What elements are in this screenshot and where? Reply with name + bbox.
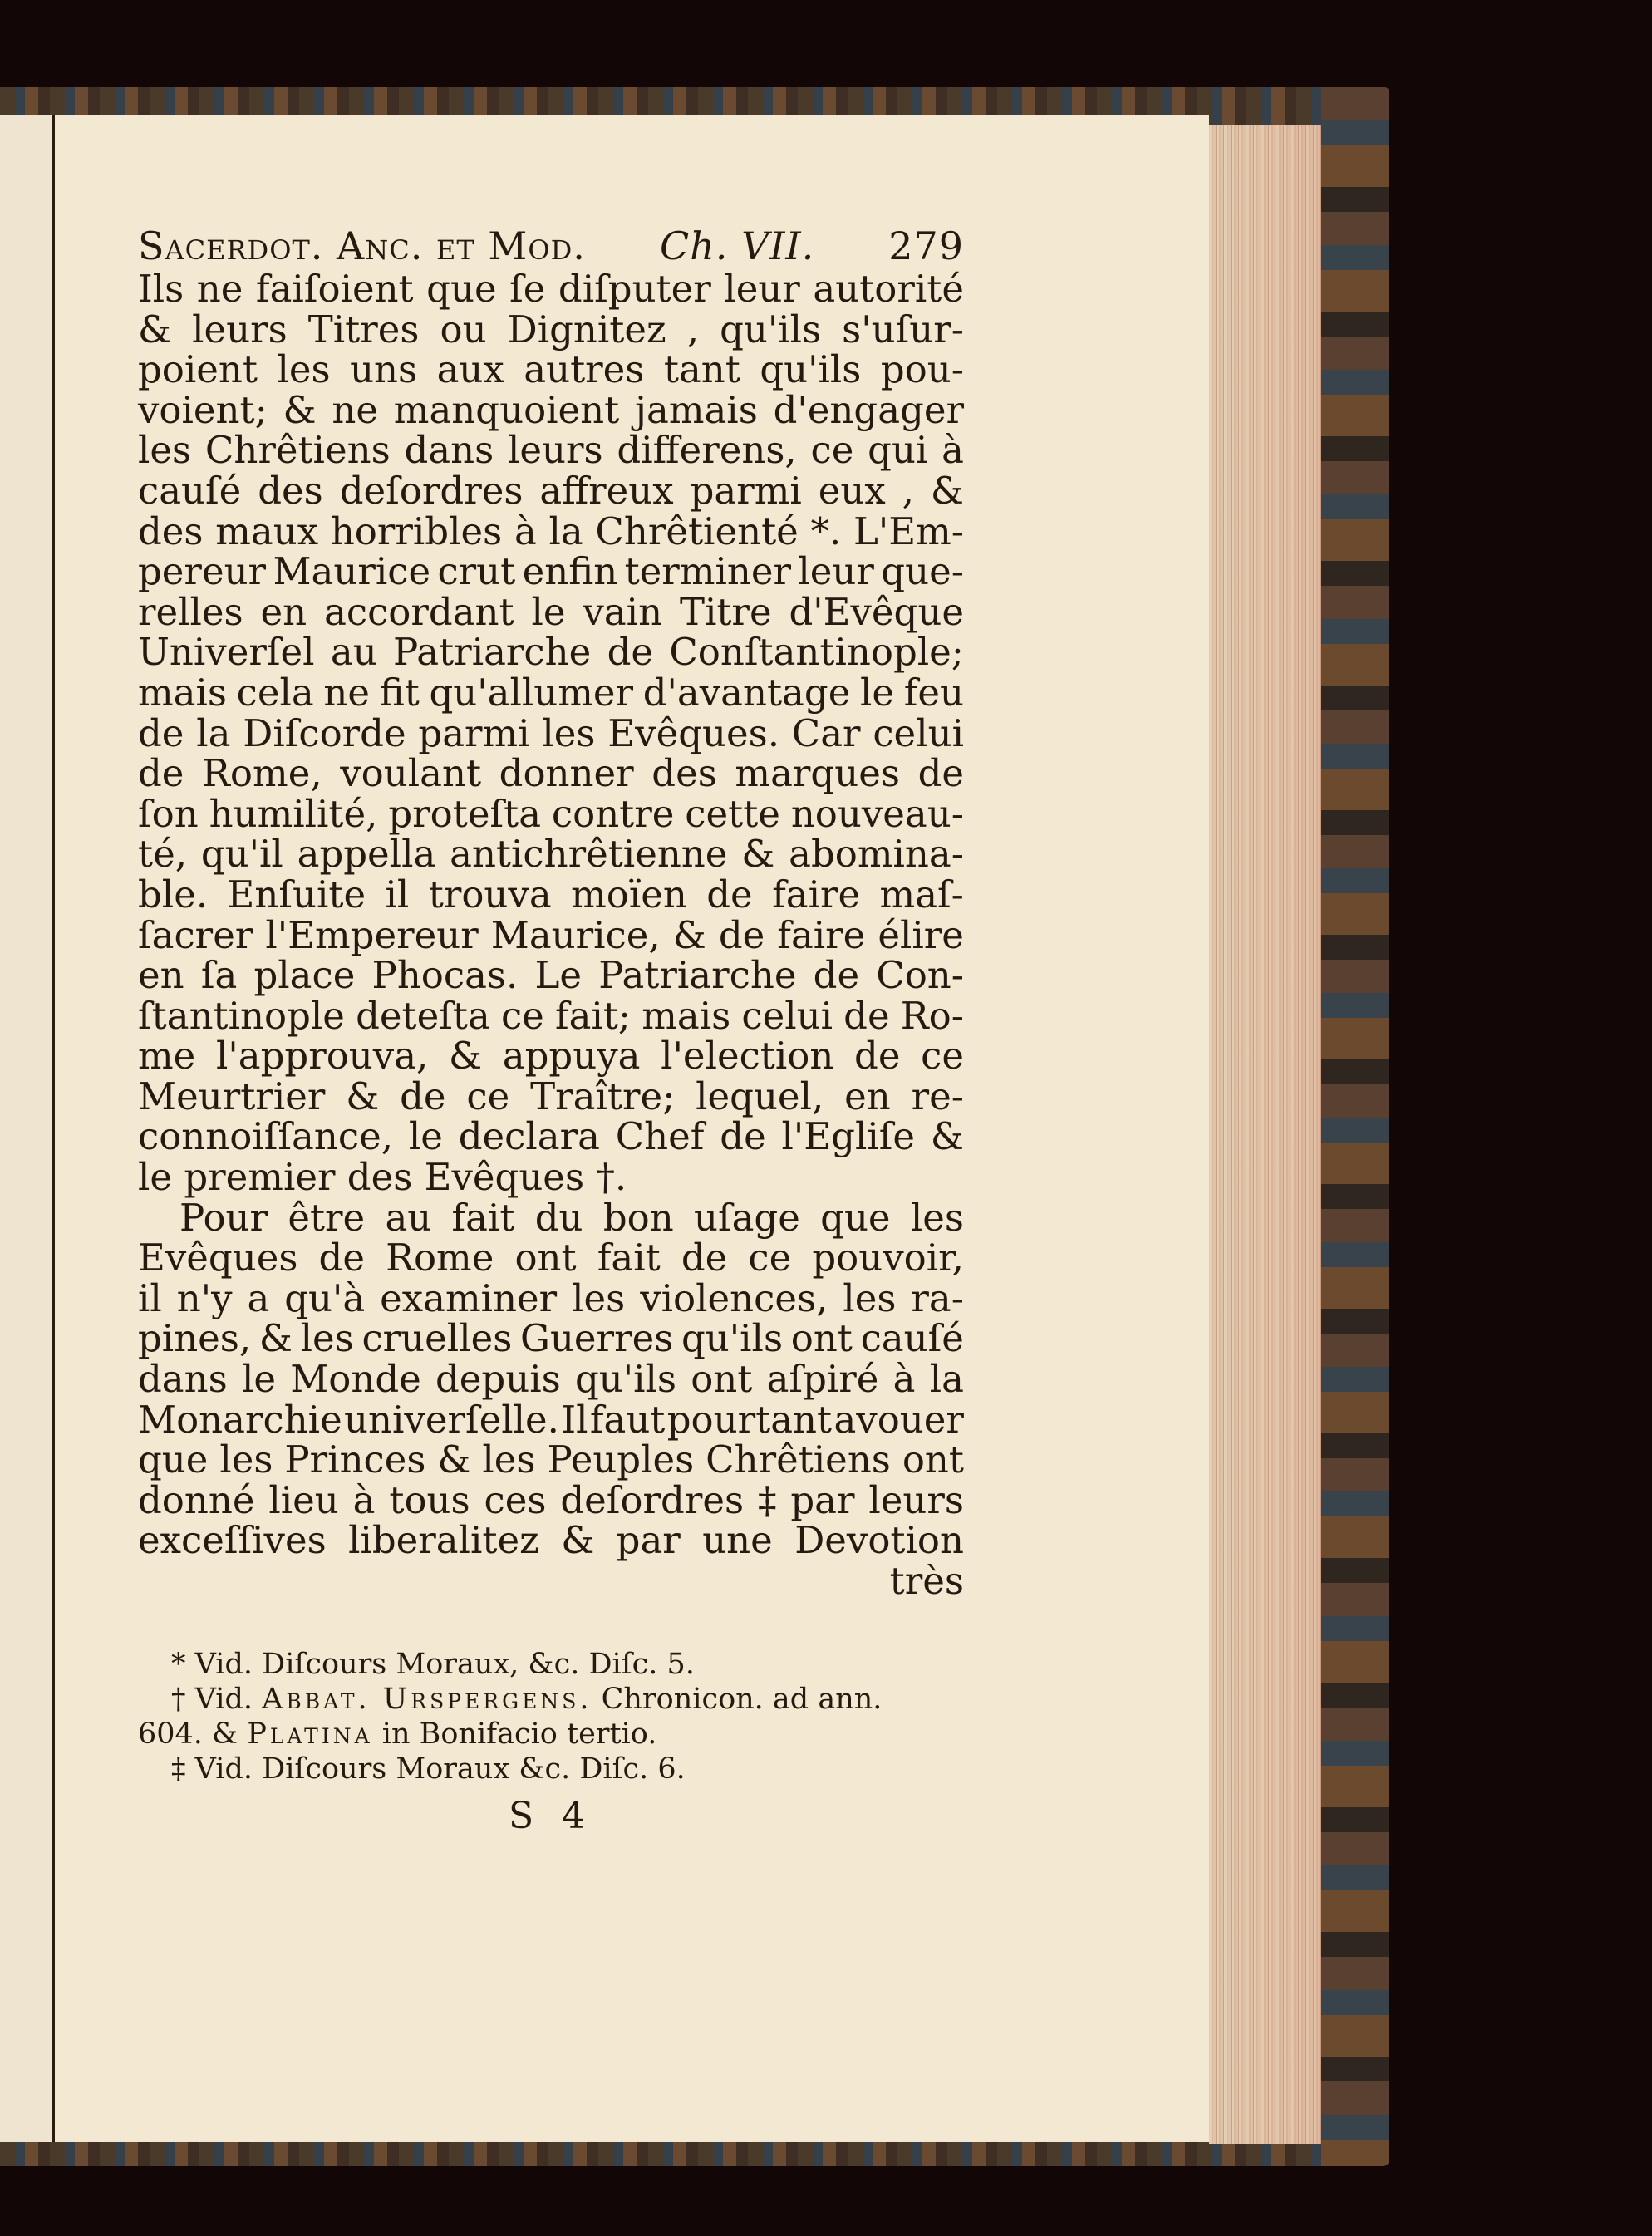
word: l'approuva, [216,1036,428,1077]
facing-page-left [0,115,53,2142]
text-line: le premier des Evêques †. [138,1157,964,1198]
word: exceſſives [138,1521,327,1561]
chapter-label: Ch. VII. [660,223,814,269]
word: Pour [179,1198,268,1239]
word: de [719,916,765,956]
word: Maurice, [491,916,661,956]
book-cover-edge [1321,87,1389,2166]
word: cela [237,673,314,714]
word: marques [735,754,900,794]
word: & [561,1521,594,1561]
word: les [843,1279,896,1319]
word: Rome [386,1238,494,1279]
word: Car [792,714,861,754]
word: en [138,956,184,996]
text-line: quelesPrinces&lesPeuplesChrêtiensont [138,1440,964,1481]
word: leur [724,269,800,310]
word: Evêques [138,1238,297,1279]
word: la [196,714,230,754]
page-number: 279 [888,223,964,269]
word: du [535,1198,583,1239]
word: de [400,1077,445,1118]
word: cauſé [861,1319,964,1359]
word: de [918,754,964,794]
word: ce [501,996,544,1037]
footnotes: * Vid. Diſcours Moraux, &c. Diſc. 5. † V… [138,1647,964,1786]
word: faire [777,916,865,956]
text-line: delaDiſcordeparmilesEvêques.Carcelui [138,714,964,754]
word: leurs [508,430,603,471]
footnote-text: Vid. [195,1683,263,1716]
word: re- [912,1077,964,1118]
word: & [673,916,706,956]
word: qu'ils [720,310,821,351]
word: une [702,1521,773,1561]
word: tant [664,350,740,391]
word: ce [466,1077,509,1118]
word: ce [921,1036,964,1077]
word: Phocas. [372,956,519,996]
word: fit [380,673,420,714]
word: Evêques. [607,714,779,754]
word: ce [748,1238,791,1279]
word: les [911,1198,964,1239]
word: faire [772,875,860,916]
word: à [942,430,964,471]
word: mais [138,673,227,714]
word: me [138,1036,195,1077]
word: & [437,1440,470,1481]
word: leurs [868,1481,964,1521]
word: à [514,512,537,553]
word: Chrêtiens [706,1440,891,1481]
word: les [542,714,595,754]
word: donné [138,1481,255,1521]
text-line: desmauxhorriblesàlaChrêtienté*.L'Em- [138,512,964,553]
word: humilité, [209,794,378,835]
word: ſon [138,794,199,835]
word: d'avantage [643,673,851,714]
word: appuya [503,1036,641,1077]
footnote-text: in Bonifacio tertio. [373,1718,657,1751]
word: pourtant [667,1400,832,1441]
running-title: Sacerdot. Anc. et Mod. [138,223,586,269]
word: ſa [201,956,237,996]
text-line: té,qu'ilappellaantichrêtienne&abomina- [138,834,964,875]
text-line: exceſſivesliberalitez&paruneDevotion [138,1521,964,1561]
word: de [814,956,859,996]
word: celui [741,996,833,1037]
word: l'election [661,1036,833,1077]
text-line: maiscelanefitqu'allumerd'avantagelefeu [138,673,964,714]
word: faiſoient [256,269,414,310]
word: de [843,996,889,1037]
word: Diſcorde [243,714,406,754]
word: les [572,1279,625,1319]
text-line: pereurMauricecrutenfinterminerleurque- [138,552,964,592]
word: abomina- [789,834,964,875]
word: être [288,1198,365,1239]
word: des [258,471,323,512]
catchword-line: très [138,1561,964,1602]
text-line: Ilsnefaiſoientqueſediſputerleurautorité [138,269,964,310]
word: les [277,350,330,391]
text-line: UniverſelauPatriarchedeConſtantinople; [138,632,964,673]
word: ra- [911,1279,964,1319]
word: de [138,714,184,754]
word: le [409,1117,443,1157]
word: qu'ils [681,1319,783,1359]
word: Conſtantinople; [669,632,964,673]
word: maſ- [880,875,964,916]
word: ont [691,1359,752,1400]
footnote-author: Abbat. Urspergens. [262,1683,592,1716]
word: & [741,834,774,875]
text-line: ſonhumilité,proteſtacontrecettenouveau- [138,794,964,835]
word: de [319,1238,365,1279]
word: deſordres [340,471,524,512]
footnote-mark: ‡ [171,1752,186,1786]
word: Ro- [901,996,964,1037]
text-line: iln'yaqu'àexaminerlesviolences,lesra- [138,1279,964,1319]
page-279: Sacerdot. Anc. et Mod. Ch. VII. 279 Ilsn… [55,115,1209,2142]
footnote-text: Vid. Diſcours Moraux, &c. Diſc. 5. [195,1648,695,1681]
word: par [617,1521,681,1561]
word: & [259,1319,293,1359]
footnote-mark: * [171,1648,186,1681]
word: & [346,1077,379,1118]
catchword: très [890,1561,964,1602]
word: par [790,1481,854,1521]
word: de [854,1036,900,1077]
word: que [820,1198,890,1239]
word: faut [590,1400,666,1441]
word: crut [437,552,515,592]
word: contre [552,794,675,835]
word: poient [138,350,258,391]
word: à [893,1359,916,1400]
word: voulant [340,754,481,794]
word: ne [332,391,378,431]
word: uſage [694,1198,800,1239]
word: Rome, [202,754,322,794]
word: Traître; [530,1077,675,1118]
word: d'Evêque [789,592,964,633]
word: accordant [324,592,514,633]
word: & [931,471,964,512]
word: ſacrer [138,916,253,956]
word: antichrêtienne [450,834,727,875]
word: manquoient [394,391,619,431]
text-line: connoiſſance,ledeclaraChefdel'Egliſe& [138,1117,964,1157]
word: l'Egliſe [782,1117,916,1157]
word: qu'il [201,834,283,875]
text-line: &leursTitresouDignitez,qu'ilss'uſur- [138,310,964,351]
text-line: donnélieuàtouscesdeſordres‡parleurs [138,1481,964,1521]
word: maux [215,512,318,553]
word: Meurtrier [138,1077,325,1118]
word: moïen [571,875,687,916]
word: depuis [435,1359,561,1400]
word: Le [535,956,583,996]
word: Il [561,1400,588,1441]
word: Princes [284,1440,425,1481]
text-line: dansleMondedepuisqu'ilsontaſpiréàla [138,1359,964,1400]
word: ſtantinople [138,996,345,1037]
word: Devotion [794,1521,964,1561]
word: des [651,754,717,794]
word: Chef [616,1117,705,1157]
footnote-dagger-continued: 604. & Platina in Bonifacio tertio. [138,1717,964,1752]
word: pouvoir, [812,1238,964,1279]
word: violences, [640,1279,828,1319]
word: vain [583,592,662,633]
word: appella [297,834,436,875]
word: leurs [192,310,288,351]
word: & [138,310,171,351]
word: voient; [138,391,268,431]
word: de [138,754,184,794]
word: jamais [635,391,758,431]
footnote-author: Platina [247,1718,372,1751]
word: qu'à [284,1279,365,1319]
word: deteſta [356,996,490,1037]
word: Ils [138,269,184,310]
word: a [247,1279,269,1319]
word: relles [138,592,243,633]
word: avouer [833,1400,963,1441]
word: au [385,1198,431,1239]
word: Titre [680,592,772,633]
running-header: Sacerdot. Anc. et Mod. Ch. VII. 279 [138,223,964,269]
word: ne [323,673,370,714]
word: examiner [380,1279,557,1319]
word: terminer [625,552,791,592]
text-line: rellesenaccordantlevainTitred'Evêque [138,592,964,633]
word: Patriarche [598,956,796,996]
word: Patriarche [393,632,591,673]
word: donner [499,754,634,794]
word: & [449,1036,482,1077]
word: l'Empereur [265,916,478,956]
word: en [261,592,307,633]
word: qu'allumer [429,673,633,714]
word: affreux [539,471,673,512]
word: uns [350,350,417,391]
word: Chrêtiens [205,430,391,471]
footnote-double-dagger: ‡ Vid. Diſcours Moraux &c. Diſc. 6. [138,1752,964,1786]
text-line: Meurtrier&deceTraître;lequel,enre- [138,1077,964,1118]
word: aſpiré [767,1359,879,1400]
footnote-mark: † [171,1683,186,1716]
word: bon [603,1198,674,1239]
word: ne [197,269,243,310]
text-line: cauſédesdeſordresaffreuxparmieux,& [138,471,964,512]
word: autres [524,350,644,391]
word: ce [811,430,854,471]
word: té, [138,834,187,875]
text-line: enſaplacePhocas.LePatriarchedeCon- [138,956,964,996]
word: Maurice [273,552,430,592]
word: qu'ils [760,350,861,391]
word: nouveau- [791,794,964,835]
footnote-text: 604. & [138,1718,247,1751]
word: n'y [177,1279,233,1319]
word: la [930,1359,964,1400]
word: ont [902,1440,964,1481]
text-line: ble.Enſuiteiltrouvamoïendefairemaſ- [138,875,964,916]
text-line: pines,&lescruellesGuerresqu'ilsontcauſé [138,1319,964,1359]
word: connoiſſance, [138,1117,393,1157]
word: Con- [876,956,964,996]
word: leur [798,552,874,592]
word: fait [597,1238,661,1279]
word: les [482,1440,535,1481]
word: horribles [331,512,502,553]
word: liberalitez [348,1521,539,1561]
word: proteſta [388,794,541,835]
word: place [253,956,355,996]
word: celui [873,714,964,754]
footnote-text: Vid. Diſcours Moraux &c. Diſc. 6. [195,1752,686,1786]
word: s'uſur- [842,310,964,351]
footnote-asterisk: * Vid. Diſcours Moraux, &c. Diſc. 5. [138,1647,964,1682]
word: ou [440,310,487,351]
text-line: mel'approuva,&appuyal'electiondece [138,1036,964,1077]
word: dans [404,430,494,471]
word: Monde [290,1359,421,1400]
text-block: Sacerdot. Anc. et Mod. Ch. VII. 279 Ilsn… [138,223,964,1837]
word: de [681,1238,727,1279]
word: dans [138,1359,228,1400]
word: pereur [138,552,266,592]
word: declara [459,1117,600,1157]
word: il [138,1279,162,1319]
word: eux [819,471,886,512]
word: lequel, [696,1077,824,1118]
word: ſe [509,269,545,310]
paragraph-2: PourêtreaufaitdubonuſagequelesEvêquesdeR… [138,1198,964,1561]
word: les [301,1319,354,1359]
word: que- [881,552,964,592]
word: feu [904,673,964,714]
footnote-text: Chronicon. ad ann. [592,1683,882,1716]
word: Titres [308,310,420,351]
word: L'Em- [853,512,964,553]
word: , [687,310,699,351]
text-line: Pourêtreaufaitdubonuſagequeles [138,1198,964,1239]
word: en [844,1077,891,1118]
word: des [138,512,204,553]
text-line: deRome,voulantdonnerdesmarquesde [138,754,964,794]
word: *. [810,512,841,553]
word: Dignitez [508,310,666,351]
word: cette [685,794,780,835]
word: cruelles [361,1319,512,1359]
word: mais [642,996,730,1037]
word: le [532,592,566,633]
word: Guerres [520,1319,673,1359]
word: fait [452,1198,515,1239]
word: & [283,391,317,431]
word: cauſé [138,471,241,512]
word: Peuples [547,1440,694,1481]
paragraph-1: Ilsnefaiſoientqueſediſputerleurautorité&… [138,269,964,1198]
word: trouva [429,875,552,916]
word: Chrêtienté [595,512,798,553]
word: ces [484,1481,547,1521]
word: qui [868,430,927,471]
word: enfin [523,552,618,592]
word: tous [389,1481,470,1521]
word: aux [437,350,504,391]
word: ont [514,1238,576,1279]
word: Monarchie [138,1400,342,1441]
page-fore-edge [1209,125,1321,2144]
word: à [353,1481,376,1521]
text-line: voient;&nemanquoientjamaisd'engager [138,391,964,431]
word: que [138,1440,208,1481]
word: élire [878,916,964,956]
text-line: ſtantinopledeteſtacefait;maisceluideRo- [138,996,964,1037]
word: diſputer [558,269,711,310]
text-line: lesChrêtiensdansleursdifferens,cequià [138,430,964,471]
word: pou- [881,350,964,391]
word: ont [791,1319,853,1359]
word: de [720,1117,765,1157]
word: deſordres [560,1481,744,1521]
word: ‡ [758,1481,777,1521]
word: autorité [813,269,964,310]
word: , [902,471,914,512]
word: fait; [555,996,631,1037]
word: pines, [138,1319,251,1359]
word: que [426,269,496,310]
word: la [548,512,583,553]
word: au [331,632,377,673]
text-line: EvêquesdeRomeontfaitdecepouvoir, [138,1238,964,1279]
word: parmi [418,714,529,754]
word: ble. [138,875,208,916]
word: univerſelle. [344,1400,559,1441]
word: & [931,1117,964,1157]
word: Enſuite [228,875,366,916]
word: Univerſel [138,632,315,673]
word: differens, [617,430,796,471]
word: les [219,1440,273,1481]
word: de [706,875,752,916]
word: le [242,1359,276,1400]
word: qu'ils [575,1359,676,1400]
word: parmi [691,471,802,512]
word: il [386,875,410,916]
signature-mark: S 4 [138,1795,964,1837]
footnote-dagger: † Vid. Abbat. Urspergens. Chronicon. ad … [138,1682,964,1717]
text-line: ſacrerl'EmpereurMaurice,&defaireélire [138,916,964,956]
text-line: poientlesunsauxautrestantqu'ilspou- [138,350,964,391]
word: d'engager [774,391,964,431]
word: les [138,430,191,471]
word: lieu [268,1481,338,1521]
word: le [860,673,894,714]
text-line: Monarchieuniverſelle.Ilfautpourtantavoue… [138,1400,964,1441]
word: de [607,632,653,673]
